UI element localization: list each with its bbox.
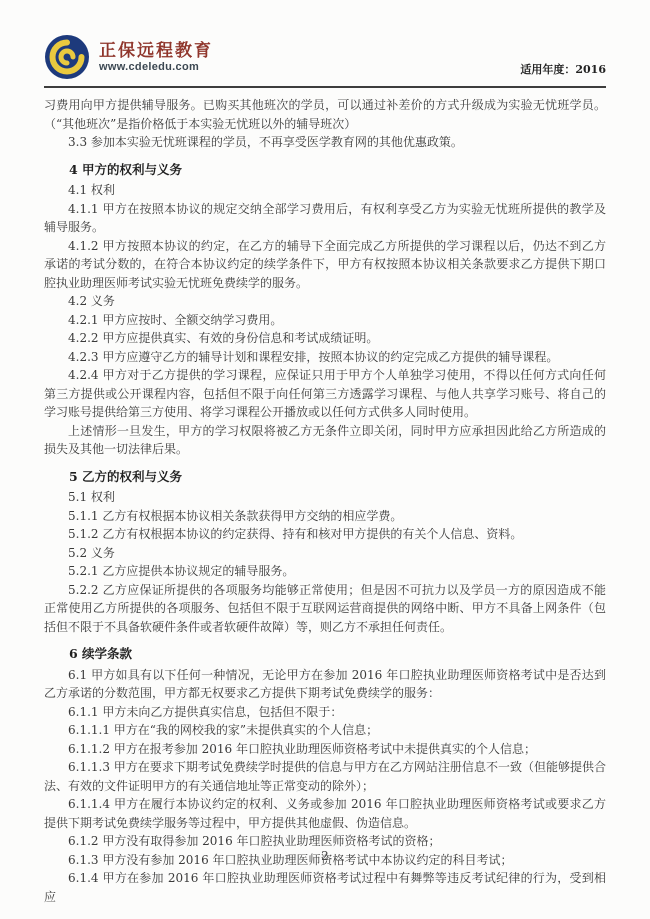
brand-text: 正保远程教育 www.cdeledu.com	[99, 41, 213, 74]
paragraph: 6.1 甲方如具有以下任何一种情况，无论甲方在参加 2016 年口腔执业助理医师…	[44, 666, 606, 703]
paragraph: 6.1.1.3 甲方在要求下期考试免费续学时提供的信息与甲方在乙方网站注册信息不…	[44, 758, 606, 795]
paragraph: 6.1.2 甲方没有取得参加 2016 年口腔执业助理医师资格考试的资格；	[44, 832, 606, 851]
section-heading: 5 乙方的权利与义务	[44, 468, 606, 487]
page-number: 2	[0, 849, 650, 863]
paragraph: 上述情形一旦发生，甲方的学习权限将被乙方无条件立即关闭，同时甲方应承担因此给乙方…	[44, 422, 606, 459]
paragraph: 5.1 权利	[44, 488, 606, 507]
paragraph: 4.2 义务	[44, 292, 606, 311]
brand-logo-swirl-icon	[44, 34, 90, 80]
paragraph: 6.1.4 甲方在参加 2016 年口腔执业助理医师资格考试过程中有舞弊等违反考…	[44, 869, 606, 906]
paragraph: 4.2.1 甲方应按时、全额交纳学习费用。	[44, 311, 606, 330]
paragraph: 5.2.2 乙方应保证所提供的各项服务均能够正常使用；但是因不可抗力以及学员一方…	[44, 581, 606, 637]
page-header: 正保远程教育 www.cdeledu.com 适用年度：2016	[44, 34, 606, 80]
paragraph: 5.2 义务	[44, 544, 606, 563]
paragraph: 3.3 参加本实验无忧班课程的学员，不再享受医学教育网的其他优惠政策。	[44, 133, 606, 152]
document-body: 习费用向甲方提供辅导服务。已购买其他班次的学员，可以通过补差价的方式升级成为实验…	[44, 96, 606, 906]
paragraph: 4.2.2 甲方应提供真实、有效的身份信息和考试成绩证明。	[44, 329, 606, 348]
paragraph: 习费用向甲方提供辅导服务。已购买其他班次的学员，可以通过补差价的方式升级成为实验…	[44, 96, 606, 133]
brand-url: www.cdeledu.com	[99, 61, 213, 73]
paragraph: 5.2.1 乙方应提供本协议规定的辅导服务。	[44, 562, 606, 581]
applicable-year-label: 适用年度：2016	[520, 61, 606, 80]
paragraph: 4.1 权利	[44, 181, 606, 200]
header-divider	[44, 86, 606, 88]
section-heading: 6 续学条款	[44, 645, 606, 664]
paragraph: 6.1.1 甲方未向乙方提供真实信息，包括但不限于：	[44, 703, 606, 722]
brand-name: 正保远程教育	[99, 41, 213, 61]
paragraph: 4.2.3 甲方应遵守乙方的辅导计划和课程安排，按照本协议的约定完成乙方提供的辅…	[44, 348, 606, 367]
paragraph: 6.1.1.1 甲方在“我的网校我的家”未提供真实的个人信息；	[44, 721, 606, 740]
paragraph: 4.1.1 甲方在按照本协议的规定交纳全部学习费用后，有权利享受乙方为实验无忧班…	[44, 200, 606, 237]
brand: 正保远程教育 www.cdeledu.com	[44, 34, 213, 80]
contract-page: 正保远程教育 www.cdeledu.com 适用年度：2016 习费用向甲方提…	[0, 0, 650, 919]
paragraph: 6.1.1.2 甲方在报考参加 2016 年口腔执业助理医师资格考试中未提供真实…	[44, 740, 606, 759]
paragraph: 5.1.1 乙方有权根据本协议相关条款获得甲方交纳的相应学费。	[44, 507, 606, 526]
paragraph: 4.2.4 甲方对于乙方提供的学习课程，应保证只用于甲方个人单独学习使用，不得以…	[44, 366, 606, 422]
paragraph: 6.1.1.4 甲方在履行本协议约定的权利、义务或参加 2016 年口腔执业助理…	[44, 795, 606, 832]
paragraph: 5.1.2 乙方有权根据本协议的约定获得、持有和核对甲方提供的有关个人信息、资料…	[44, 525, 606, 544]
section-heading: 4 甲方的权利与义务	[44, 161, 606, 180]
paragraph: 4.1.2 甲方按照本协议的约定，在乙方的辅导下全面完成乙方所提供的学习课程以后…	[44, 237, 606, 293]
